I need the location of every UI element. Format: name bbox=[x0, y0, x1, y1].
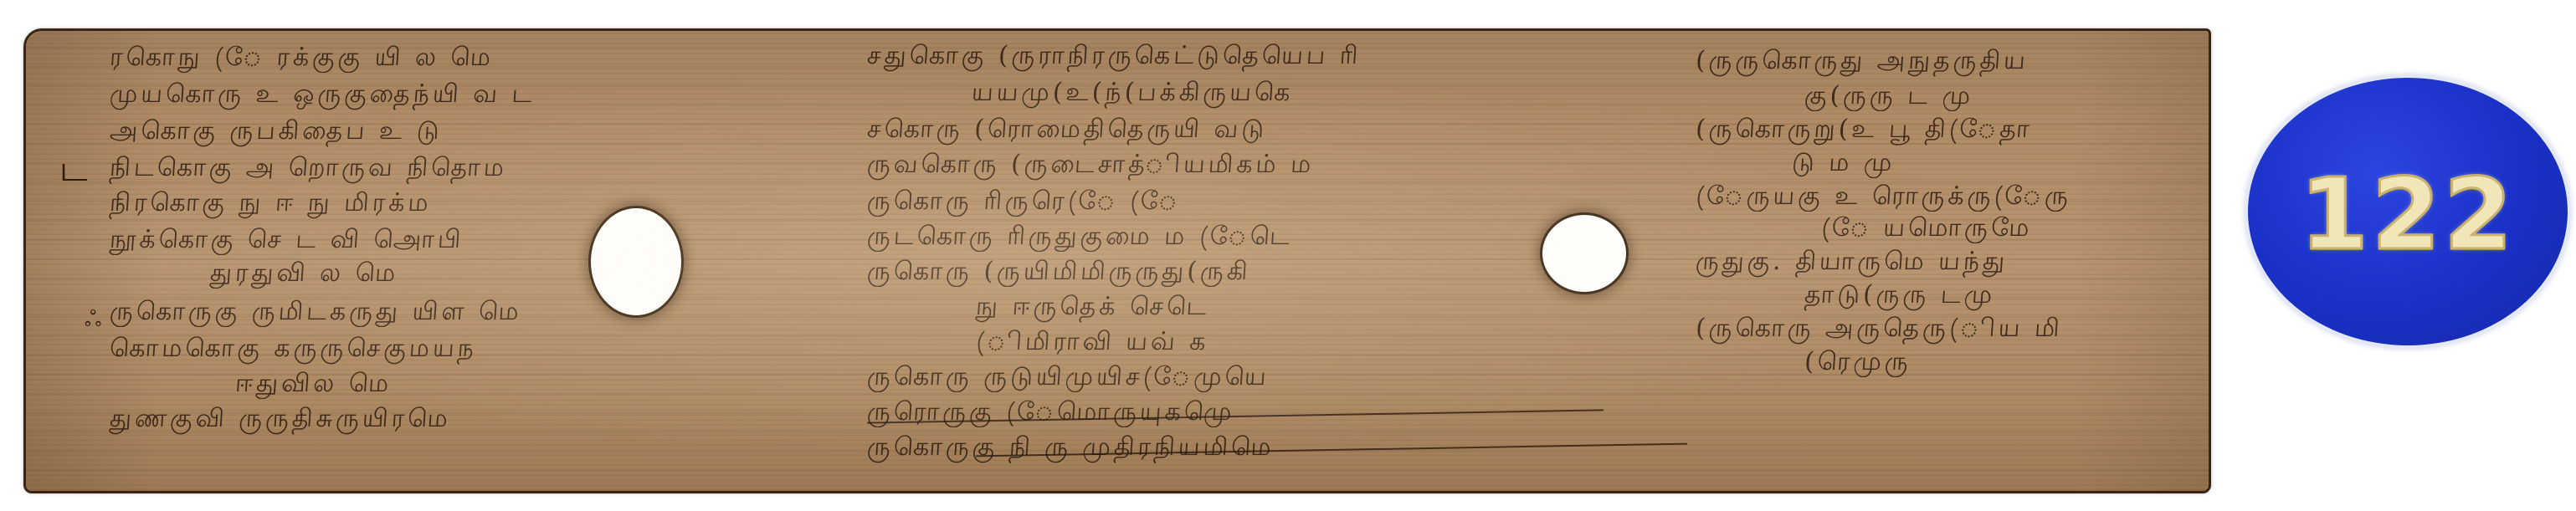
text-line: தாடு(ருரு டமு bbox=[1804, 280, 1997, 313]
text-line: ருடகொரு ரிருதுகுமை ம (ேடெ bbox=[866, 222, 1295, 254]
catalog-number-tag: 122 bbox=[2248, 78, 2568, 345]
palm-leaf-manuscript: ட ஃ ரகொநு (ே ரக்குகு யி ல மெ முயகொரு உ ஒ… bbox=[23, 28, 2211, 493]
text-line: முயகொரு உ ஒருகுதைந்யி வ ட bbox=[109, 79, 536, 112]
text-line: (ே யமொருமே bbox=[1820, 213, 2034, 246]
text-line: (ருகொரு அருதெரு(ிய மி bbox=[1695, 314, 2064, 346]
text-line: ருகொரு ரிருரெ(ே (ே bbox=[866, 187, 1182, 219]
text-line: (ருருகொருது அநுதருதிய bbox=[1695, 46, 2030, 79]
text-line: ருகொருகு ருமிடகருது யிள மெ bbox=[109, 297, 523, 330]
binding-hole-left bbox=[591, 208, 681, 315]
text-line: நு ஈருதெக் செடெ bbox=[975, 292, 1211, 324]
text-line: ருதுகு. தியாருமெ யந்து bbox=[1695, 247, 2009, 279]
text-line: ருகொரு ருடுயிமுயிச(ேமுயெ bbox=[866, 362, 1270, 395]
text-line: நூக்கொகு செ ட வி அொபி bbox=[109, 225, 465, 258]
text-line: (ிமிராவி யவ் க bbox=[975, 327, 1210, 360]
text-line: அகொகு ருபகிதைப உ டு bbox=[109, 116, 444, 149]
text-line: (ரெமுரு bbox=[1804, 347, 1912, 380]
text-line: சகொரு (ரொமைதிதெருயி வடு bbox=[866, 115, 1269, 147]
text-line: டு ம மு bbox=[1791, 148, 1896, 181]
text-line: (ருகொருறு(உ பூ தி(ேதா bbox=[1695, 115, 2034, 147]
text-line: நிரகொகு நு ஈ நு மிரக்ம bbox=[109, 188, 433, 221]
text-line: யயமு(உ(ந்(பக்கிருயகெ bbox=[971, 78, 1295, 110]
text-line: கொமகொகு கருருசெகுமயந bbox=[109, 334, 479, 366]
text-line: ரகொநு (ே ரக்குகு யி ல மெ bbox=[109, 43, 495, 75]
text-column-3: (ருருகொருது அநுதருதிய கு(ருரு ட மு (ருகொ… bbox=[1696, 31, 2164, 491]
text-line: துரதுவி ல மெ bbox=[209, 258, 400, 291]
text-line: (ேருயகு உ ரொருக்ரு(ேரு bbox=[1695, 181, 2073, 214]
text-line: ருரொருகு (ேமொருயுகமுெ bbox=[866, 397, 1236, 430]
text-line: கு(ருரு ட மு bbox=[1804, 81, 1975, 114]
text-line: சதுகொகு (ருராநிரருகெட்டுதெயெப ரி bbox=[866, 41, 1362, 74]
tag-number: 122 bbox=[2300, 156, 2516, 272]
margin-mark-ta: ட bbox=[59, 148, 87, 194]
text-line: துணகுவி ருருதிசுருயிரமெ bbox=[109, 404, 452, 437]
text-column-1: ரகொநு (ே ரக்குகு யி ல மெ முயகொரு உ ஒருகு… bbox=[110, 31, 461, 491]
text-line: ருகொரு (ருயிமிமிருருது(ருகி bbox=[866, 257, 1252, 289]
margin-mark-aytham: ஃ bbox=[85, 307, 101, 335]
text-line: நிடகொகு அ றொருவ நிதொம bbox=[109, 153, 509, 186]
text-line: ஈதுவில மெ bbox=[234, 369, 393, 401]
binding-hole-right bbox=[1542, 215, 1626, 292]
text-line: ருகொருகு நி ரு முதிரநியமிமெ bbox=[866, 432, 1275, 465]
text-line: ருவகொரு (ருடைசாத்ியமிகம் ம bbox=[866, 150, 1316, 182]
